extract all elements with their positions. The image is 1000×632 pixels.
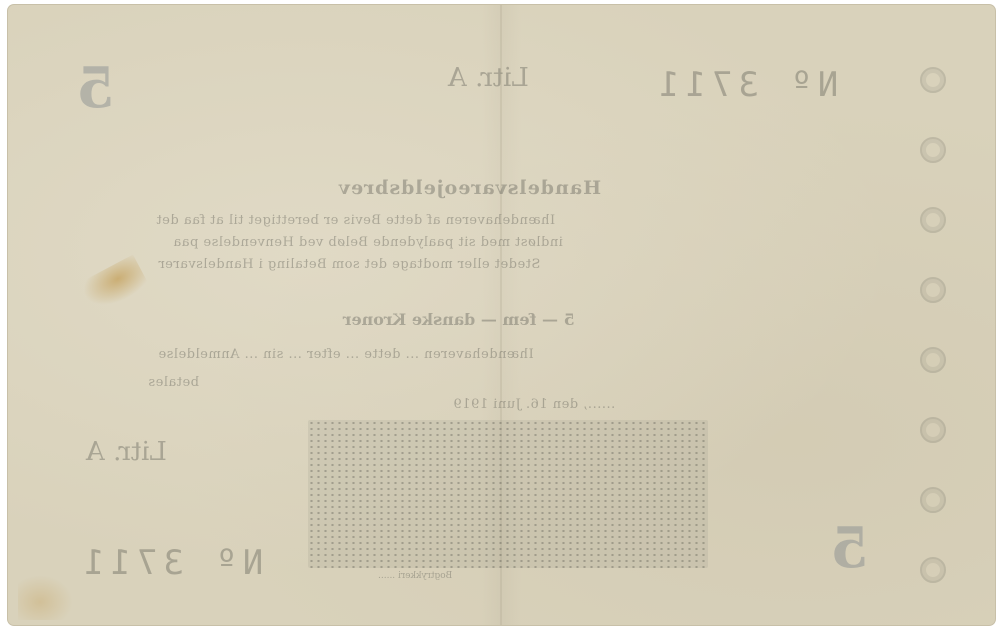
imprint: Bogtrykkeri ...... — [378, 571, 452, 581]
date-line: ......, den 16. Juni 1919 — [453, 397, 615, 412]
corner-stain — [18, 575, 73, 620]
body-line: Ihændehaveren af dette Bevis er berettig… — [156, 213, 555, 228]
heading: Handelsvareojeldsbrev — [338, 177, 601, 199]
rosette-ornament — [920, 207, 946, 233]
foxing-stain — [78, 255, 150, 316]
clause-line: Ihændehaveren ... dette ... efter ... si… — [158, 347, 534, 362]
rosette-ornament — [920, 347, 946, 373]
serial-number-bottom: Nº 3711 — [78, 543, 263, 583]
rosette-ornament — [920, 67, 946, 93]
amount-line: 5 — fem — danske Kroner — [343, 310, 575, 329]
denomination-corner-top: 5 — [76, 55, 115, 121]
rosette-ornament — [920, 277, 946, 303]
rosette-ornament — [920, 137, 946, 163]
banknote-reverse: 5 Nº 3711 Litr. A Handelsvareojeldsbrev … — [8, 5, 995, 625]
litra-top: Litr. A — [448, 63, 529, 93]
denomination-corner-bottom: 5 — [830, 515, 869, 581]
litra-bottom: Litr. A — [86, 437, 167, 467]
rosette-ornament — [920, 417, 946, 443]
body-line: indløst med sit paalydende Beløb ved Hen… — [173, 235, 563, 250]
serial-number-top: Nº 3711 — [653, 65, 838, 105]
rosette-ornament — [920, 487, 946, 513]
rosette-ornament — [920, 557, 946, 583]
ornamental-border — [913, 45, 953, 605]
vignette-panel — [308, 420, 708, 568]
clause-line: betales — [148, 375, 199, 390]
body-line: Stedet eller modtage det som Betaling i … — [158, 257, 540, 272]
